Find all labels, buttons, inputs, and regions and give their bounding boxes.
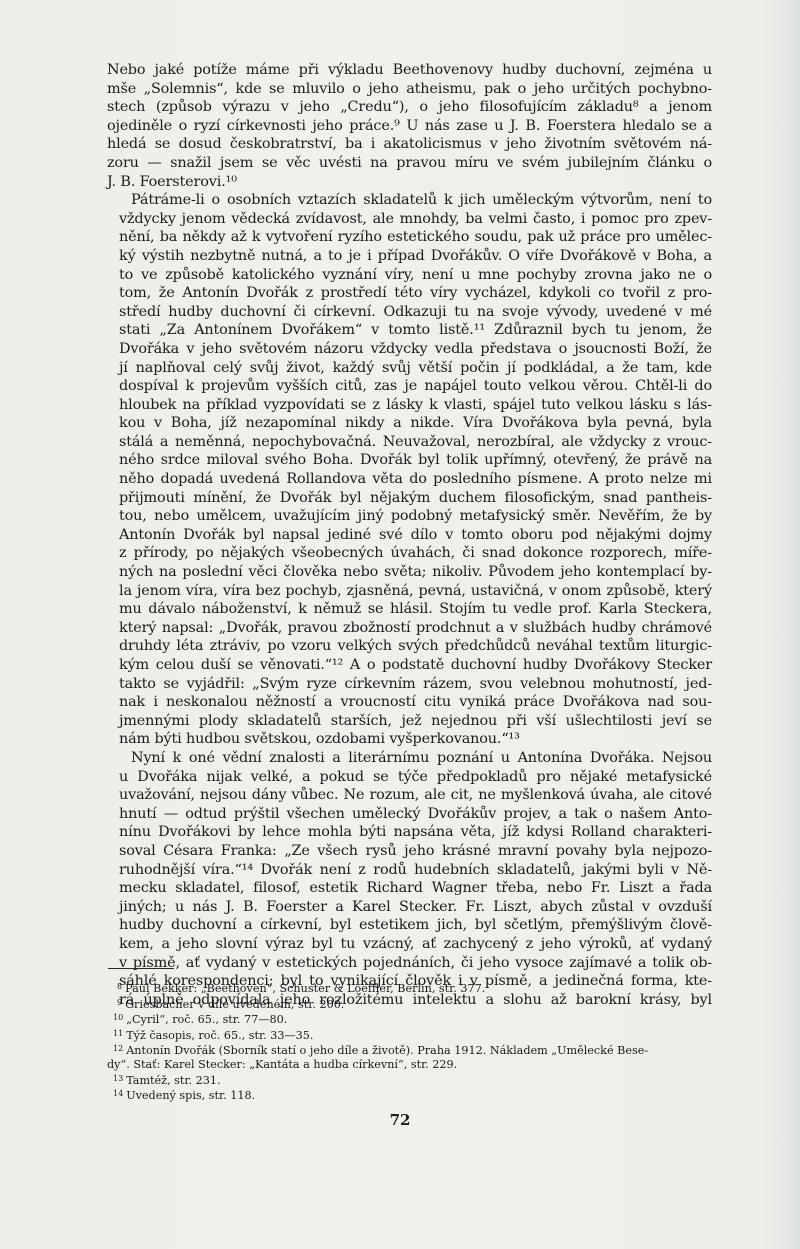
footnote-text: „Cyril“, roč. 65., str. 77—80. <box>126 1013 287 1026</box>
footnote-text: Antonín Dvořák (Sborník statí o jeho díl… <box>126 1044 648 1057</box>
text-line: u Dvořáka nijak velké, a pokud se týče p… <box>107 768 712 787</box>
text-line: který napsal: „Dvořák, pravou zbožností … <box>107 619 712 638</box>
text-line: jí naplňoval celý svůj život, každý svůj… <box>107 359 712 378</box>
text-line: hudby duchovní a církevní, byl estetikem… <box>107 916 712 935</box>
text-line: Nyní k oné vědní znalosti a literárnímu … <box>107 749 712 768</box>
footnote-text: Tamtéž, str. 231. <box>126 1074 220 1087</box>
text-line: stálá a neměnná, nepochybovačná. Neuvažo… <box>107 433 712 452</box>
text-line: v písmě, ať vydaný v estetických pojedná… <box>107 954 712 973</box>
text-line: ruhodnější víra.“¹⁴ Dvořák není z rodů h… <box>107 861 712 880</box>
text-line: druhdy léta ztráviv, po vzoru velkých sv… <box>107 637 712 656</box>
text-line: ký výstih nezbytně nutná, a to je i příp… <box>107 247 712 266</box>
footnote-number: 14 <box>113 1089 123 1098</box>
text-line: la jenom víra, víra bez pochyb, zjasněná… <box>107 582 712 601</box>
text-line: kem, a jeho slovní výraz byl tu vzácný, … <box>107 935 712 954</box>
paragraph-2: Pátráme-li o osobních vztazích skladatel… <box>107 191 712 749</box>
text-line: nám býti hudbou světskou, ozdobami vyšpe… <box>107 730 712 749</box>
text-line: ného srdce miloval svého Boha. Dvořák by… <box>107 451 712 470</box>
text-line: to ve způsobě katolického vyznání víry, … <box>107 266 712 285</box>
text-line: kou v Boha, jíž nezapomínal nikdy a nikd… <box>107 414 712 433</box>
text-line: něho dopadá uvedená Rollandova věta do p… <box>107 470 712 489</box>
text-line: dospíval k projevům vyšších citů, zas je… <box>107 377 712 396</box>
text-line: takto se vyjádřil: „Svým ryze církevním … <box>107 675 712 694</box>
text-line: jiných; u nás J. B. Foerster a Karel Ste… <box>107 898 712 917</box>
text-line: tou, nebo umělcem, uvažujícím jiný podob… <box>107 507 712 526</box>
text-line: nak i neskonalou něžností a vroucností c… <box>107 693 712 712</box>
text-line: Nebo jaké potíže máme při výkladu Beetho… <box>107 61 712 80</box>
text-line: J. B. Foersterovi.¹⁰ <box>107 173 712 192</box>
text-line: ojediněle o ryzí církevnosti jeho práce.… <box>107 117 712 136</box>
footnote-number: 12 <box>113 1044 123 1053</box>
text-line: mu dávalo náboženství, k němuž se hlásil… <box>107 600 712 619</box>
body-text: Nebo jaké potíže máme při výkladu Beetho… <box>107 61 712 1009</box>
footnote-text: Uvedený spis, str. 118. <box>126 1089 255 1102</box>
footnotes: 8Paul Bekker: „Beethoven“, Schuster & Lo… <box>107 980 712 1103</box>
text-line: přijmouti mínění, že Dvořák byl nějakým … <box>107 489 712 508</box>
text-line: tom, že Antonín Dvořák z prostředí této … <box>107 284 712 303</box>
text-line: stati „Za Antonínem Dvořákem“ v tomto li… <box>107 321 712 340</box>
text-line: Pátráme-li o osobních vztazích skladatel… <box>107 191 712 210</box>
text-line: nínu Dvořákovi by lehce mohla býti napsá… <box>107 823 712 842</box>
footnote-11: 11Týž časopis, roč. 65., str. 33—35. <box>107 1027 712 1043</box>
text-line: mše „Solemnis“, kde se mluvilo o jeho at… <box>107 80 712 99</box>
text-line: stech (způsob výrazu v jeho „Credu“), o … <box>107 98 712 117</box>
footnote-number: 13 <box>113 1074 123 1083</box>
text-line: hnutí — odtud prýštil všechen umělecký D… <box>107 805 712 824</box>
footnote-9: 9Griesbacher v díle uvedeném, str. 200. <box>107 996 712 1012</box>
footnote-text: Griesbacher v díle uvedeném, str. 200. <box>125 998 344 1011</box>
paragraph-1: Nebo jaké potíže máme při výkladu Beetho… <box>107 61 712 191</box>
footnote-number: 11 <box>113 1029 123 1038</box>
text-line: soval Césara Franka: „Ze všech rysů jeho… <box>107 842 712 861</box>
text-line: středí hudby duchovní či církevní. Odkaz… <box>107 303 712 322</box>
footnote-separator <box>108 968 174 969</box>
page-number: 72 <box>0 1111 800 1129</box>
text-line: mecku skladatel, filosof, estetik Richar… <box>107 879 712 898</box>
footnote-8: 8Paul Bekker: „Beethoven“, Schuster & Lo… <box>107 980 712 996</box>
text-line: ných na poslední věci člověka nebo světa… <box>107 563 712 582</box>
text-line: hloubek na příklad vyzpovídati se z lásk… <box>107 396 712 415</box>
footnote-text: Týž časopis, roč. 65., str. 33—35. <box>126 1029 313 1042</box>
text-line: zoru — snažil jsem se věc uvésti na prav… <box>107 154 712 173</box>
text-line: jmennými plody skladatelů starších, jež … <box>107 712 712 731</box>
footnote-10: 10„Cyril“, roč. 65., str. 77—80. <box>107 1011 712 1027</box>
text-line: z přírody, po nějakých všeobecných úvahá… <box>107 544 712 563</box>
text-line: vždycky jenom vědecká zvídavost, ale mno… <box>107 210 712 229</box>
footnote-14: 14Uvedený spis, str. 118. <box>107 1087 712 1103</box>
footnote-number: 8 <box>117 982 122 991</box>
text-line: uvažování, nejsou dány vůbec. Ne rozum, … <box>107 786 712 805</box>
text-line: hledá se dosud českobratrství, ba i akat… <box>107 135 712 154</box>
paragraph-3: Nyní k oné vědní znalosti a literárnímu … <box>107 749 712 1009</box>
page-edge <box>790 0 800 1249</box>
footnote-12-continuation: dy“. Stať: Karel Stecker: „Kantáta a hud… <box>107 1058 712 1072</box>
footnote-12: 12Antonín Dvořák (Sborník statí o jeho d… <box>107 1042 712 1058</box>
footnote-number: 9 <box>117 998 122 1007</box>
footnote-number: 10 <box>113 1013 123 1022</box>
text-line: Dvořáka v jeho světovém názoru vždycky v… <box>107 340 712 359</box>
footnote-13: 13Tamtéž, str. 231. <box>107 1072 712 1088</box>
footnote-text: Paul Bekker: „Beethoven“, Schuster & Loe… <box>125 982 485 995</box>
text-line: Antonín Dvořák byl napsal jediné své díl… <box>107 526 712 545</box>
text-line: kým celou duší se věnovati.“¹² A o podst… <box>107 656 712 675</box>
text-line: nění, ba někdy až k vytvoření ryzího est… <box>107 228 712 247</box>
